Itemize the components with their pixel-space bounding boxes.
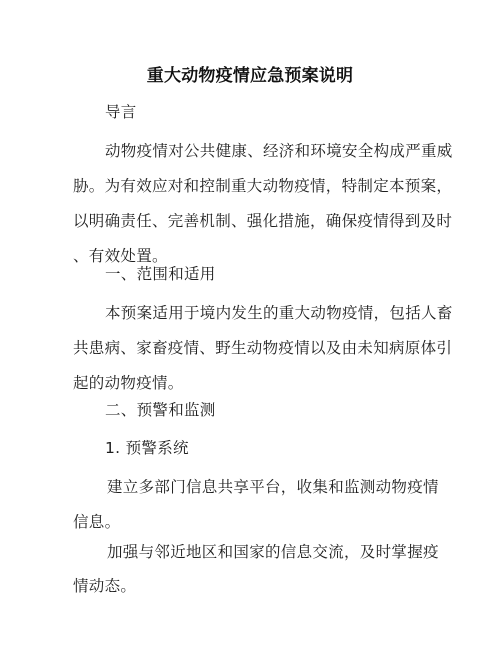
paragraph-line: 共患病、家畜疫情、野生动物疫情以及由未知病原体引 <box>73 337 433 359</box>
paragraph-line: 起的动物疫情。 <box>73 372 433 394</box>
document-page: 重大动物疫情应急预案说明 导言 动物疫情对公共健康、经济和环境安全构成严重威 胁… <box>0 0 500 647</box>
paragraph-line: 加强与邻近地区和国家的信息交流，及时掌握疫 <box>107 541 467 563</box>
subsection-heading-warning-system: 1. 预警系统 <box>105 437 465 459</box>
paragraph-line: 本预案适用于境内发生的重大动物疫情，包括人畜 <box>105 302 465 324</box>
paragraph-line: 胁。为有效应对和控制重大动物疫情，特制定本预案， <box>73 175 433 197</box>
section-heading-warning: 二、预警和监测 <box>105 399 465 421</box>
paragraph-line: 信息。 <box>73 511 433 533</box>
paragraph-line: 以明确责任、完善机制、强化措施，确保疫情得到及时 <box>73 210 433 232</box>
paragraph-line: 情动态。 <box>73 575 433 597</box>
document-title: 重大动物疫情应急预案说明 <box>0 64 500 88</box>
section-heading-introduction: 导言 <box>105 101 465 123</box>
section-heading-scope: 一、范围和适用 <box>105 263 465 285</box>
paragraph-line: 建立多部门信息共享平台，收集和监测动物疫情 <box>107 476 467 498</box>
paragraph-line: 动物疫情对公共健康、经济和环境安全构成严重威 <box>105 140 465 162</box>
